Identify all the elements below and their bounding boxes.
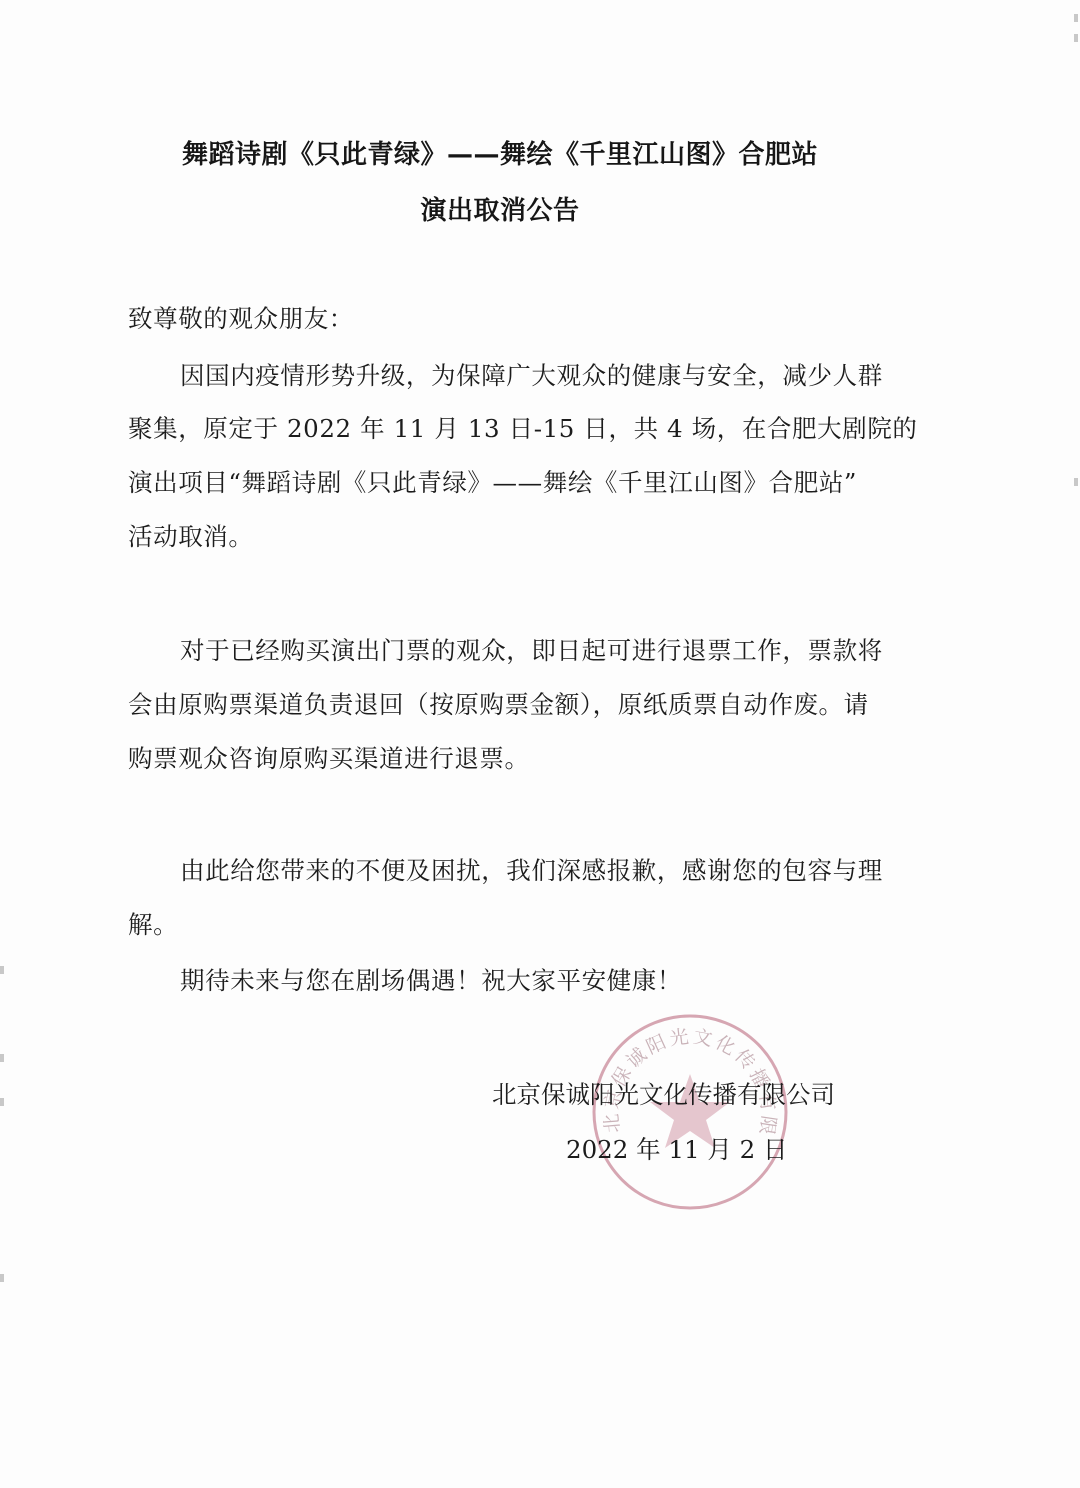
paragraph-1-line-3: 演出项目“舞蹈诗剧《只此青绿》——舞绘《千里江山图》合肥站” <box>128 464 857 499</box>
paragraph-3-line-1: 由此给您带来的不便及困扰，我们深感报歉，感谢您的包容与理 <box>180 852 883 887</box>
paragraph-1-line-1: 因国内疫情形势升级，为保障广大观众的健康与安全，减少人群 <box>180 357 883 392</box>
scan-mark <box>0 1098 4 1106</box>
notice-title: 舞蹈诗剧《只此青绿》——舞绘《千里江山图》合肥站 <box>0 134 1000 171</box>
signature-organization: 北京保诚阳光文化传播有限公司 <box>492 1076 835 1111</box>
scan-mark <box>0 1054 4 1062</box>
company-stamp: 北京保诚阳光文化传播有限公司 <box>590 1012 790 1212</box>
scan-mark <box>1074 14 1078 22</box>
paragraph-2-line-3: 购票观众咨询原购买渠道进行退票。 <box>128 740 530 775</box>
document-page: 舞蹈诗剧《只此青绿》——舞绘《千里江山图》合肥站 演出取消公告 致尊敬的观众朋友… <box>0 0 1080 1488</box>
scan-mark <box>0 1274 4 1282</box>
scan-mark <box>0 966 4 974</box>
paragraph-3-line-2: 解。 <box>128 906 178 941</box>
paragraph-2-line-1: 对于已经购买演出门票的观众，即日起可进行退票工作，票款将 <box>180 632 883 667</box>
scan-mark <box>1074 34 1078 42</box>
paragraph-1-line-4: 活动取消。 <box>128 518 254 553</box>
salutation: 致尊敬的观众朋友： <box>128 300 354 335</box>
signature-date: 2022 年 11 月 2 日 <box>566 1131 788 1166</box>
paragraph-1-line-2: 聚集，原定于 2022 年 11 月 13 日-15 日，共 4 场，在合肥大剧… <box>128 410 918 445</box>
scan-mark <box>1074 478 1078 486</box>
closing-line: 期待未来与您在剧场偶遇！祝大家平安健康！ <box>180 962 682 997</box>
notice-subtitle: 演出取消公告 <box>0 190 1000 227</box>
paragraph-2-line-2: 会由原购票渠道负责退回（按原购票金额），原纸质票自动作废。请 <box>128 686 869 721</box>
